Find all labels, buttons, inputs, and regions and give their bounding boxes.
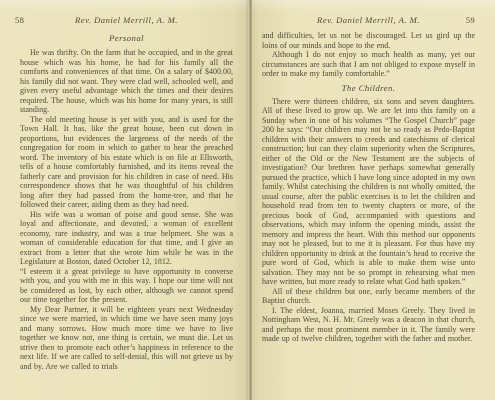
paragraph-letter-continuation: and difficulties, let us not be discoura… [262, 31, 475, 50]
page-left: 58 Rev. Daniel Merrill, A. M. Personal H… [0, 0, 248, 400]
page-header-left: 58 Rev. Daniel Merrill, A. M. [20, 14, 233, 26]
paragraph-dear-partner: My Dear Partner, it will be eighteen yea… [20, 305, 233, 372]
paragraph-thirteen-children: There were thirteen children, six sons a… [262, 97, 475, 287]
paragraph-wife: His wife was a woman of poise and good s… [20, 210, 233, 267]
page-header-right: Rev. Daniel Merrill, A. M. 59 [262, 14, 475, 26]
paragraph-letter-close: Although I do not enjoy so much health a… [262, 50, 475, 79]
page-number-left: 58 [15, 14, 24, 26]
paragraph-thrifty: He was thrifty. On the farm that he occu… [20, 48, 233, 115]
running-header-right: Rev. Daniel Merrill, A. M. [262, 14, 475, 26]
book-spread: 58 Rev. Daniel Merrill, A. M. Personal H… [0, 0, 495, 400]
running-header-left: Rev. Daniel Merrill, A. M. [20, 14, 233, 26]
page-number-right: 59 [466, 14, 475, 26]
paragraph-letter-quote-start: “I esteem it a great privilege to have o… [20, 267, 233, 305]
paragraph-baptist-church: All of these children but one, early bec… [262, 287, 475, 306]
section-heading-personal: Personal [20, 33, 233, 43]
paragraph-eldest-joanna: I. The eldest, Joanna, married Moses Gre… [262, 306, 475, 344]
section-heading-children: The Children. [262, 83, 475, 93]
paragraph-meeting-house: The old meeting house is yet with you, a… [20, 115, 233, 210]
page-right: Rev. Daniel Merrill, A. M. 59 and diffic… [252, 0, 495, 400]
